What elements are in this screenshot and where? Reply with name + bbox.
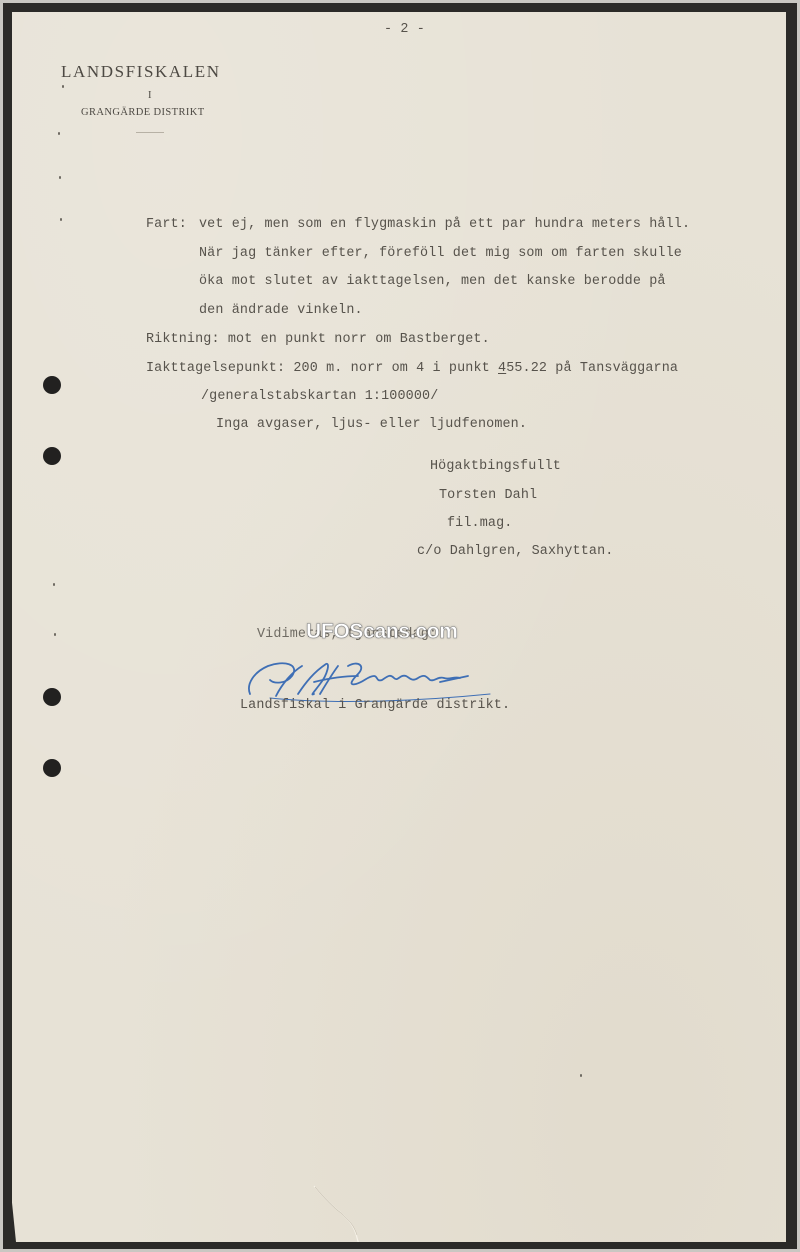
letterhead-title: LANDSFISKALEN bbox=[61, 62, 221, 82]
iakttagelsepunkt-point-underlined: 4 bbox=[498, 361, 506, 376]
letterhead-rule bbox=[136, 132, 164, 133]
signer-title: Landsfiskal i Grangärde distrikt. bbox=[240, 698, 510, 713]
page-number: - 2 - bbox=[384, 22, 425, 37]
paper-speck bbox=[580, 1074, 582, 1077]
margin-speck bbox=[62, 85, 64, 88]
closing-name: Torsten Dahl bbox=[439, 488, 537, 503]
fart-line-1: vet ej, men som en flygmaskin på ett par… bbox=[199, 217, 690, 232]
signature bbox=[240, 654, 500, 704]
punch-hole bbox=[43, 447, 61, 465]
margin-speck bbox=[59, 176, 61, 179]
punch-hole bbox=[43, 759, 61, 777]
watermark: UFOScans.com bbox=[306, 620, 458, 644]
margin-speck bbox=[54, 633, 56, 636]
map-reference: /generalstabskartan 1:100000/ bbox=[201, 389, 438, 404]
closing-salutation: Högaktbingsfullt bbox=[430, 459, 561, 474]
fart-line-2: När jag tänker efter, föreföll det mig s… bbox=[199, 246, 682, 261]
iakttagelsepunkt-line: Iakttagelsepunkt: 200 m. norr om 4 i pun… bbox=[146, 361, 678, 376]
margin-speck bbox=[58, 132, 60, 135]
margin-speck bbox=[60, 218, 62, 221]
margin-speck bbox=[53, 583, 55, 586]
letterhead-connector: I bbox=[148, 90, 152, 101]
iakttagelsepunkt-prefix: Iakttagelsepunkt: 200 m. norr om bbox=[146, 361, 416, 376]
iakttagelsepunkt-middle: i punkt bbox=[424, 361, 498, 376]
punch-hole bbox=[43, 688, 61, 706]
closing-title: fil.mag. bbox=[447, 516, 513, 531]
punch-hole bbox=[43, 376, 61, 394]
fart-line-3: öka mot slutet av iakttagelsen, men det … bbox=[199, 274, 666, 289]
letterhead-district: GRANGÄRDE DISTRIKT bbox=[81, 107, 205, 118]
document-page: - 2 - LANDSFISKALEN I GRANGÄRDE DISTRIKT… bbox=[12, 12, 786, 1242]
no-phenomena-line: Inga avgaser, ljus- eller ljudfenomen. bbox=[216, 417, 527, 432]
closing-address: c/o Dahlgren, Saxhyttan. bbox=[417, 544, 613, 559]
iakttagelsepunkt-point-rest: 55.22 på Tansväggarna bbox=[506, 361, 678, 376]
fart-label: Fart: bbox=[146, 217, 187, 232]
riktning-line: Riktning: mot en punkt norr om Bastberge… bbox=[146, 332, 490, 347]
paper-crease bbox=[312, 1182, 392, 1252]
fart-line-4: den ändrade vinkeln. bbox=[199, 303, 363, 318]
